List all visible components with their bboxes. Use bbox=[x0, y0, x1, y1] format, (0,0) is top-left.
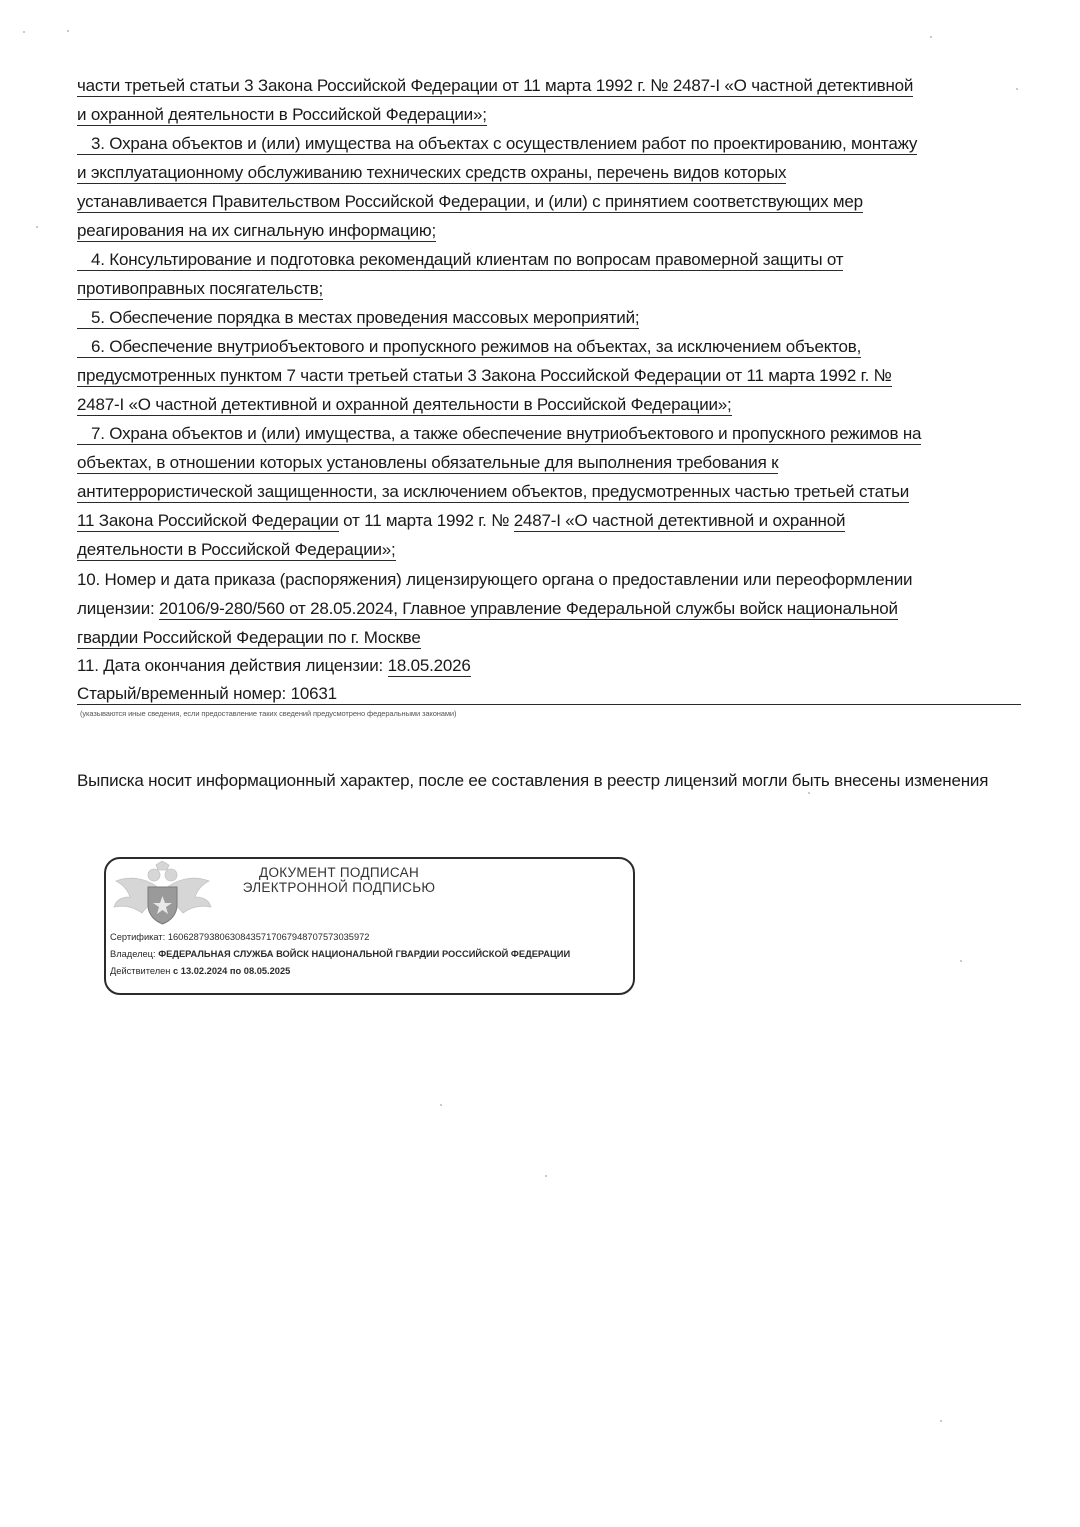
paragraph-line: противоправных посягательств; bbox=[77, 279, 323, 300]
paragraph-line: устанавливается Правительством Российско… bbox=[77, 192, 863, 213]
item-11-value: 18.05.2026 bbox=[388, 656, 471, 677]
paragraph-line: деятельности в Российской Федерации»; bbox=[77, 540, 396, 561]
stamp-meta: Сертификат: 1606287938063084357170679487… bbox=[110, 929, 570, 980]
divider-line bbox=[77, 704, 1021, 705]
owner-row: Владелец: ФЕДЕРАЛЬНАЯ СЛУЖБА ВОЙСК НАЦИО… bbox=[110, 946, 570, 963]
rosgvardia-emblem-icon bbox=[110, 861, 215, 931]
owner-label: Владелец: bbox=[110, 949, 156, 959]
paragraph-line: части третьей статьи 3 Закона Российской… bbox=[77, 76, 913, 97]
activity-item-5: 5. Обеспечение порядка в местах проведен… bbox=[77, 308, 639, 329]
stamp-title-line2: ЭЛЕКТРОННОЙ ПОДПИСЬЮ bbox=[224, 880, 454, 895]
stamp-title: ДОКУМЕНТ ПОДПИСАН ЭЛЕКТРОННОЙ ПОДПИСЬЮ bbox=[224, 865, 454, 895]
disclaimer-note: Выписка носит информационный характер, п… bbox=[77, 766, 1017, 795]
paragraph-line: антитеррористической защищенности, за ис… bbox=[77, 482, 909, 503]
validity-row: Действителен с 13.02.2024 по 08.05.2025 bbox=[110, 963, 570, 980]
paragraph-line: и охранной деятельности в Российской Фед… bbox=[77, 105, 487, 126]
certificate-row: Сертификат: 1606287938063084357170679487… bbox=[110, 929, 570, 946]
field-caption: (указываются иные сведения, если предост… bbox=[80, 709, 456, 718]
activity-item-7: 7. Охрана объектов и (или) имущества, а … bbox=[77, 424, 921, 445]
paragraph-line: от 11 марта 1992 г. № bbox=[343, 511, 509, 530]
item-10-value: 20106/9-280/560 от 28.05.2024, Главное у… bbox=[159, 599, 898, 620]
item-11-label: 11. Дата окончания действия лицензии: bbox=[77, 656, 383, 675]
paragraph-line: 11 Закона Российской Федерации bbox=[77, 511, 339, 532]
paragraph-line: и эксплуатационному обслуживанию техниче… bbox=[77, 163, 786, 184]
paragraph-line: 2487-I «О частной детективной и охранной… bbox=[77, 395, 732, 416]
activity-item-4: 4. Консультирование и подготовка рекомен… bbox=[77, 250, 843, 271]
validity-label: Действителен bbox=[110, 966, 170, 976]
activity-item-3: 3. Охрана объектов и (или) имущества на … bbox=[77, 134, 917, 155]
old-number: Старый/временный номер: 10631 bbox=[77, 684, 337, 703]
paragraph-line: объектах, в отношении которых установлен… bbox=[77, 453, 778, 474]
document-page: части третьей статьи 3 Закона Российской… bbox=[0, 0, 1080, 1527]
electronic-signature-stamp: ДОКУМЕНТ ПОДПИСАН ЭЛЕКТРОННОЙ ПОДПИСЬЮ С… bbox=[104, 857, 635, 995]
item-10-label-cont: лицензии: bbox=[77, 599, 155, 618]
certificate-number: 160628793806308435717067948707573035972 bbox=[168, 932, 370, 942]
paragraph-line: предусмотренных пунктом 7 части третьей … bbox=[77, 366, 892, 387]
item-10-label: 10. Номер и дата приказа (распоряжения) … bbox=[77, 570, 912, 589]
owner-value: ФЕДЕРАЛЬНАЯ СЛУЖБА ВОЙСК НАЦИОНАЛЬНОЙ ГВ… bbox=[158, 949, 570, 959]
item-10-value-cont: гвардии Российской Федерации по г. Москв… bbox=[77, 628, 421, 649]
activity-item-6: 6. Обеспечение внутриобъектового и пропу… bbox=[77, 337, 861, 358]
validity-value: с 13.02.2024 по 08.05.2025 bbox=[173, 966, 290, 976]
certificate-label: Сертификат: bbox=[110, 932, 165, 942]
paragraph-line: реагирования на их сигнальную информацию… bbox=[77, 221, 436, 242]
paragraph-line: 2487-I «О частной детективной и охранной bbox=[514, 511, 845, 532]
stamp-title-line1: ДОКУМЕНТ ПОДПИСАН bbox=[224, 865, 454, 880]
